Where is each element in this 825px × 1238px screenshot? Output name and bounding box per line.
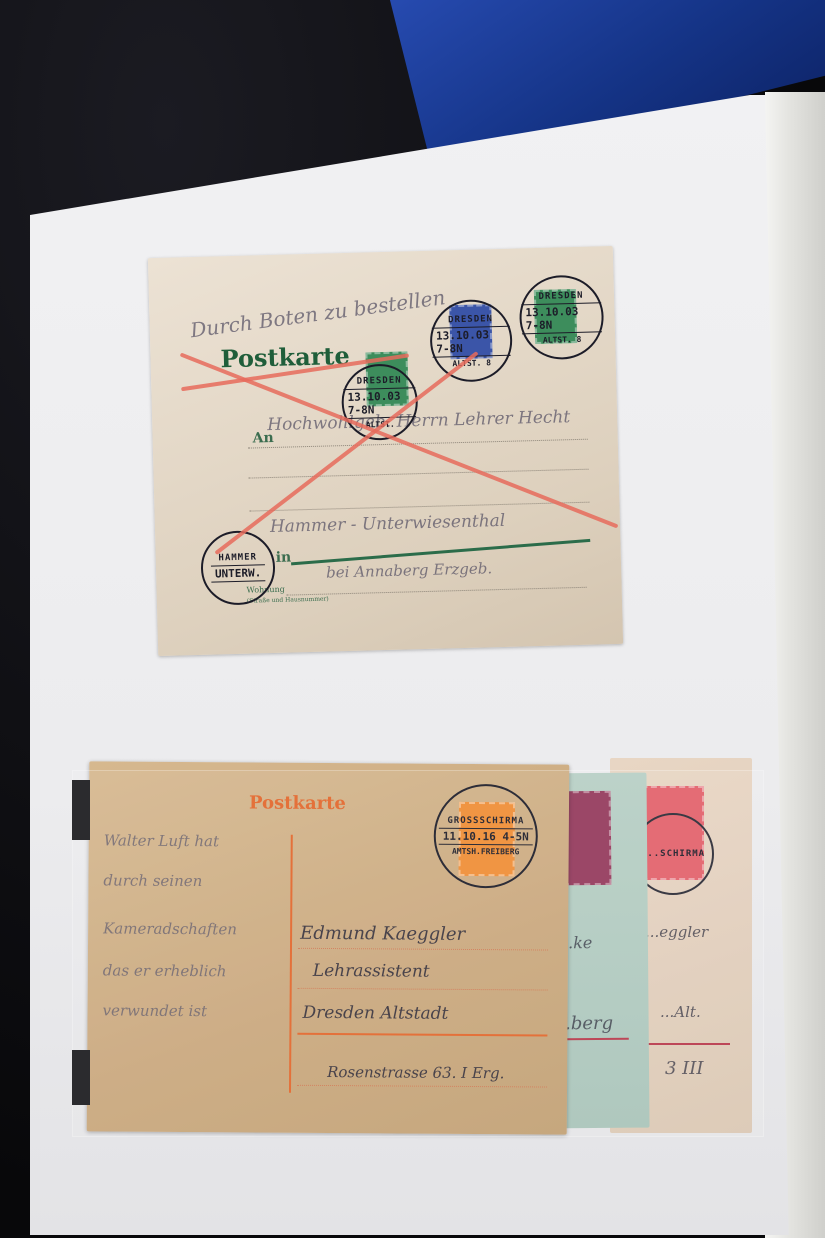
postmark-dresden: DRESDEN 13.10.03 7-8N ALTST. 8 bbox=[429, 299, 513, 383]
sleeve-clip bbox=[72, 780, 90, 840]
handwritten-address-1: Hochwohlgeb. Herrn Lehrer Hecht bbox=[267, 407, 570, 435]
postcard-top: Durch Boten zu bestellen Postkarte An in… bbox=[148, 246, 623, 656]
plastic-sleeve bbox=[72, 770, 764, 1137]
sleeve-clip bbox=[72, 1050, 90, 1105]
label-in: in bbox=[276, 550, 292, 566]
handwritten-address-2: Hammer - Unterwiesenthal bbox=[270, 511, 506, 537]
postmark-dresden: DRESDEN 13.10.03 7-8N ALTST. 8 bbox=[518, 274, 604, 360]
handwritten-note: Durch Boten zu bestellen bbox=[189, 285, 447, 342]
handwritten-address-3: bei Annaberg Erzgeb. bbox=[326, 559, 492, 581]
postmark-hammer: HAMMER UNTERW. bbox=[200, 530, 276, 606]
